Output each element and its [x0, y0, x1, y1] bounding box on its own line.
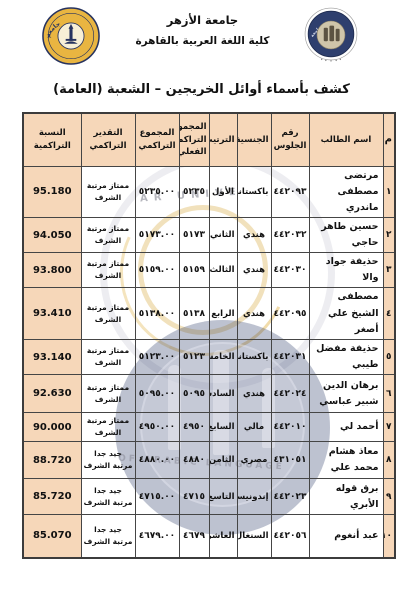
- cell-cumulative-grade: جيد جدا مرتبة الشرف: [81, 442, 135, 479]
- document-page: جامعة الأزهر AL-AZHAR UNIVERSITY جامعة ا…: [0, 0, 403, 600]
- cell-cumulative-grade: ممتاز مرتبة الشرف: [81, 375, 135, 413]
- table-row: ١مرتضى مصطفى ماندري٤٤٢٠٩٣باكستانيالأول٥٢…: [23, 166, 395, 217]
- cell-nationality: هندي: [237, 375, 271, 413]
- table-row: ٨معاذ هشام محمد علي٤٣١٠٥١مصريالثامن٤٨٨٠٤…: [23, 442, 395, 479]
- cell-seat-number: ٤٤٢٠٣١: [271, 339, 309, 374]
- cell-nationality: هندي: [237, 217, 271, 252]
- cell-row-number: ٥: [383, 339, 395, 374]
- cell-row-number: ١: [383, 166, 395, 217]
- cell-cumulative-total: ٥١٧٣.٠٠: [135, 217, 179, 252]
- college-blue-seal-logo: جامعة الأزهر: [303, 7, 359, 63]
- cell-student-name: أحمد لي: [309, 413, 383, 442]
- cell-cumulative-percentage: 95.180: [23, 166, 81, 217]
- column-header-student-name: اسم الطالب: [309, 113, 383, 166]
- cell-cumulative-total: ٥١٢٣.٠٠: [135, 339, 179, 374]
- cell-row-number: ٤: [383, 288, 395, 339]
- cell-rank: السادس: [209, 375, 237, 413]
- cell-nationality: مصري: [237, 442, 271, 479]
- column-header-cumulative-total: المجموع التراكمي: [135, 113, 179, 166]
- blue-seal-icon: جامعة الأزهر: [303, 7, 359, 63]
- cell-cumulative-grade: جيد جدا مرتبة الشرف: [81, 479, 135, 515]
- cell-nationality: باكستاني: [237, 339, 271, 374]
- cell-cumulative-grade: ممتاز مرتبة الشرف: [81, 288, 135, 339]
- cell-row-number: ٩: [383, 479, 395, 515]
- table-row: ٥حذيفة مفضل طيبي٤٤٢٠٣١باكستانيالخامس٥١٢٣…: [23, 339, 395, 374]
- cell-cumulative-grade: ممتاز مرتبة الشرف: [81, 413, 135, 442]
- cell-row-number: ٧: [383, 413, 395, 442]
- cell-seat-number: ٤٤٢٠٢٤: [271, 375, 309, 413]
- cell-actual-cumulative-total: ٥١٧٣: [179, 217, 209, 252]
- column-header-nationality: الجنسية: [237, 113, 271, 166]
- cell-seat-number: ٤٤٢٠٣٢: [271, 217, 309, 252]
- table-row: ٤مصطفى الشيخ علي أصغر٤٤٢٠٩٥هنديالرابع٥١٣…: [23, 288, 395, 339]
- cell-rank: العاشر: [209, 515, 237, 558]
- cell-row-number: ١٠: [383, 515, 395, 558]
- cell-cumulative-percentage: 88.720: [23, 442, 81, 479]
- column-header-cumulative-percentage: النسبة التراكمية: [23, 113, 81, 166]
- cell-actual-cumulative-total: ٤٧١٥: [179, 479, 209, 515]
- cell-rank: الخامس: [209, 339, 237, 374]
- cell-cumulative-total: ٤٧١٥.٠٠: [135, 479, 179, 515]
- cell-student-name: حذيفة مفضل طيبي: [309, 339, 383, 374]
- graduates-results-table: م اسم الطالب رقم الجلوس الجنسية الترتيب …: [22, 112, 396, 559]
- column-header-actual-cumulative-total: المجموع التراكمي الفعلي: [179, 113, 209, 166]
- university-name: جامعة الأزهر: [120, 13, 285, 27]
- cell-cumulative-grade: ممتاز مرتبة الشرف: [81, 166, 135, 217]
- gold-seal-icon: جامعة الأزهر AL-AZHAR UNIVERSITY: [40, 7, 102, 65]
- cell-seat-number: ٤٤٢٠٩٥: [271, 288, 309, 339]
- cell-cumulative-total: ٥١٣٨.٠٠: [135, 288, 179, 339]
- cell-nationality: إندونيسيا: [237, 479, 271, 515]
- cell-cumulative-total: ٤٩٥٠.٠٠: [135, 413, 179, 442]
- cell-actual-cumulative-total: ٤٨٨٠: [179, 442, 209, 479]
- cell-student-name: برق قوله الأبري: [309, 479, 383, 515]
- cell-nationality: السنغال: [237, 515, 271, 558]
- cell-rank: الثاني: [209, 217, 237, 252]
- cell-cumulative-percentage: 93.410: [23, 288, 81, 339]
- cell-seat-number: ٤٤٢٠٩٣: [271, 166, 309, 217]
- cell-actual-cumulative-total: ٥٢٣٥: [179, 166, 209, 217]
- cell-student-name: عبد أنغوم: [309, 515, 383, 558]
- cell-rank: الرابع: [209, 288, 237, 339]
- cell-actual-cumulative-total: ٥٠٩٥: [179, 375, 209, 413]
- cell-rank: الثامن: [209, 442, 237, 479]
- cell-actual-cumulative-total: ٥١٣٨: [179, 288, 209, 339]
- cell-cumulative-percentage: 94.050: [23, 217, 81, 252]
- cell-cumulative-percentage: 85.070: [23, 515, 81, 558]
- cell-cumulative-grade: جيد جدا مرتبة الشرف: [81, 515, 135, 558]
- cell-cumulative-total: ٤٨٨٠.٠٠: [135, 442, 179, 479]
- table-row: ٢حسين طاهر حاجي٤٤٢٠٣٢هنديالثاني٥١٧٣٥١٧٣.…: [23, 217, 395, 252]
- document-header: جامعة الأزهر كلية اللغة العربية بالقاهرة: [120, 13, 285, 47]
- cell-cumulative-total: ٥٢٣٥.٠٠: [135, 166, 179, 217]
- cell-seat-number: ٤٤٢٠١٠: [271, 413, 309, 442]
- cell-nationality: مالي: [237, 413, 271, 442]
- cell-cumulative-grade: ممتاز مرتبة الشرف: [81, 253, 135, 288]
- table-row: ٧أحمد لي٤٤٢٠١٠ماليالسابع٤٩٥٠٤٩٥٠.٠٠ممتاز…: [23, 413, 395, 442]
- cell-cumulative-percentage: 85.720: [23, 479, 81, 515]
- column-header-rank: الترتيب: [209, 113, 237, 166]
- cell-student-name: مصطفى الشيخ علي أصغر: [309, 288, 383, 339]
- cell-student-name: مرتضى مصطفى ماندري: [309, 166, 383, 217]
- cell-nationality: باكستاني: [237, 166, 271, 217]
- table-row: ١٠عبد أنغوم٤٤٢٠٥٦السنغالالعاشر٤٦٧٩٤٦٧٩.٠…: [23, 515, 395, 558]
- cell-actual-cumulative-total: ٤٩٥٠: [179, 413, 209, 442]
- cell-actual-cumulative-total: ٥١٢٣: [179, 339, 209, 374]
- cell-rank: التاسع: [209, 479, 237, 515]
- cell-seat-number: ٤٤٢٠٥٦: [271, 515, 309, 558]
- cell-student-name: برهان الدين شبير عباسي: [309, 375, 383, 413]
- cell-cumulative-grade: ممتاز مرتبة الشرف: [81, 339, 135, 374]
- results-table-body: ١مرتضى مصطفى ماندري٤٤٢٠٩٣باكستانيالأول٥٢…: [23, 166, 395, 558]
- cell-student-name: حذيفة جواد والا: [309, 253, 383, 288]
- cell-student-name: معاذ هشام محمد علي: [309, 442, 383, 479]
- cell-cumulative-percentage: 90.000: [23, 413, 81, 442]
- cell-cumulative-percentage: 93.140: [23, 339, 81, 374]
- cell-row-number: ٣: [383, 253, 395, 288]
- cell-actual-cumulative-total: ٤٦٧٩: [179, 515, 209, 558]
- cell-cumulative-percentage: 93.800: [23, 253, 81, 288]
- cell-nationality: هندي: [237, 288, 271, 339]
- table-row: ٦برهان الدين شبير عباسي٤٤٢٠٢٤هنديالسادس٥…: [23, 375, 395, 413]
- column-header-no: م: [383, 113, 395, 166]
- cell-seat-number: ٤٤٢٠٣٠: [271, 253, 309, 288]
- cell-nationality: هندي: [237, 253, 271, 288]
- table-header-row: م اسم الطالب رقم الجلوس الجنسية الترتيب …: [23, 113, 395, 166]
- page-title: كشف بأسماء أوائل الخريجين – الشعبة (العا…: [0, 82, 403, 97]
- cell-row-number: ٨: [383, 442, 395, 479]
- cell-actual-cumulative-total: ٥١٥٩: [179, 253, 209, 288]
- cell-cumulative-total: ٥٠٩٥.٠٠: [135, 375, 179, 413]
- cell-rank: الأول: [209, 166, 237, 217]
- cell-student-name: حسين طاهر حاجي: [309, 217, 383, 252]
- cell-row-number: ٢: [383, 217, 395, 252]
- al-azhar-gold-seal-logo: جامعة الأزهر AL-AZHAR UNIVERSITY: [40, 7, 102, 65]
- cell-seat-number: ٤٤٢٠٢٣: [271, 479, 309, 515]
- cell-cumulative-total: ٤٦٧٩.٠٠: [135, 515, 179, 558]
- cell-rank: السابع: [209, 413, 237, 442]
- column-header-cumulative-grade: التقدير التراكمي: [81, 113, 135, 166]
- cell-cumulative-grade: ممتاز مرتبة الشرف: [81, 217, 135, 252]
- table-row: ٣حذيفة جواد والا٤٤٢٠٣٠هنديالثالث٥١٥٩٥١٥٩…: [23, 253, 395, 288]
- cell-rank: الثالث: [209, 253, 237, 288]
- college-name: كلية اللغة العربية بالقاهرة: [120, 35, 285, 47]
- column-header-seat-number: رقم الجلوس: [271, 113, 309, 166]
- cell-seat-number: ٤٣١٠٥١: [271, 442, 309, 479]
- cell-cumulative-percentage: 92.630: [23, 375, 81, 413]
- cell-row-number: ٦: [383, 375, 395, 413]
- cell-cumulative-total: ٥١٥٩.٠٠: [135, 253, 179, 288]
- table-row: ٩برق قوله الأبري٤٤٢٠٢٣إندونيسياالتاسع٤٧١…: [23, 479, 395, 515]
